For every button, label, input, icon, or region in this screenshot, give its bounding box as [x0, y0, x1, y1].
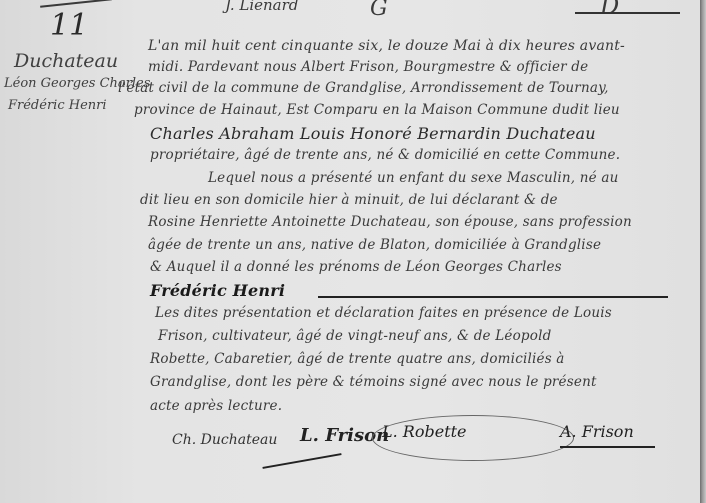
signature-flourish-1 [262, 453, 341, 469]
top-fragment-3: D [600, 0, 619, 20]
body-line-2: midi. Pardevant nous Albert Frison, Bour… [148, 59, 588, 75]
body-line-9-mother: Rosine Henriette Antoinette Duchateau, s… [148, 214, 632, 230]
top-strike-mark [40, 0, 112, 8]
body-line-13: Les dites présentation et déclaration fa… [155, 305, 612, 321]
body-line-6: propriétaire, âgé de trente ans, né & do… [150, 147, 620, 163]
signature-witness-2: L. Robette [382, 422, 467, 441]
signature-mayor: A. Frison [560, 422, 634, 441]
body-line-1: L'an mil huit cent cinquante six, le dou… [148, 38, 625, 54]
body-line-12-given-names-cont: Frédéric Henri [150, 281, 285, 300]
signature-father: Ch. Duchateau [172, 432, 277, 448]
body-line-4: province de Hainaut, Est Comparu en la M… [134, 102, 620, 118]
body-line-5-father-name: Charles Abraham Louis Honoré Bernardin D… [150, 124, 596, 143]
margin-given-names-2: Frédéric Henri [8, 98, 107, 113]
body-line-3: l'état civil de la commune de Grandglise… [118, 80, 609, 96]
margin-surname: Duchateau [14, 50, 118, 72]
body-line-8: dit lieu en son domicile hier à minuit, … [140, 192, 558, 208]
body-line-7: Lequel nous a présenté un enfant du sexe… [208, 170, 619, 186]
body-line-11-given-names: & Auquel il a donné les prénoms de Léon … [150, 259, 562, 275]
top-right-underline [575, 12, 680, 14]
entry-number: 11 [50, 8, 88, 43]
body-line-10: âgée de trente un ans, native de Blaton,… [148, 237, 601, 253]
register-page: 11 J. Lienard G D Duchateau Léon Georges… [0, 0, 700, 503]
body-line-17: acte après lecture. [150, 398, 282, 414]
top-fragment-2: G [370, 0, 388, 21]
signature-underline-mayor [560, 446, 655, 448]
top-fragment-1: J. Lienard [225, 0, 298, 14]
page-binding-edge [700, 0, 706, 503]
body-line-15: Robette, Cabaretier, âgé de trente quatr… [150, 351, 565, 367]
body-line-16: Grandglise, dont les père & témoins sign… [150, 374, 597, 390]
name-underline [318, 296, 668, 298]
body-line-14: Frison, cultivateur, âgé de vingt-neuf a… [158, 328, 551, 344]
